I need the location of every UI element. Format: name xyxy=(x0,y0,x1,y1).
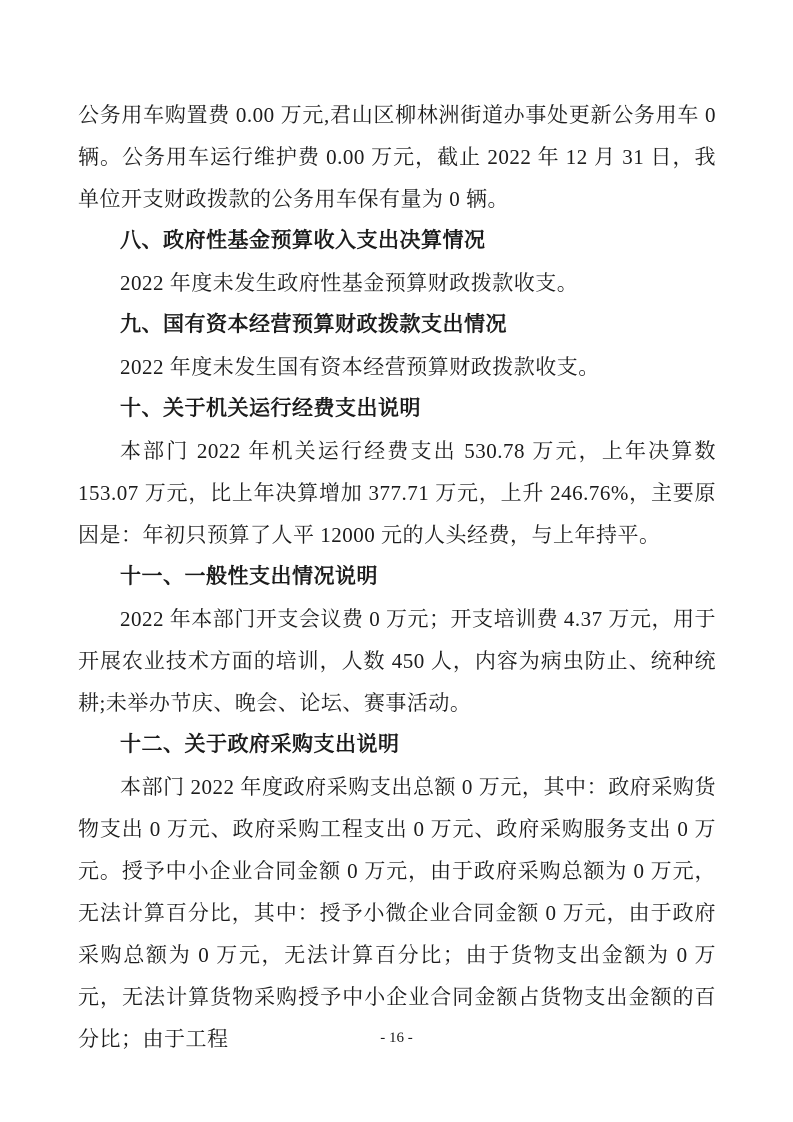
section-heading-10-agency-operating-expense: 十、关于机关运行经费支出说明 xyxy=(78,388,716,430)
document-body: 公务用车购置费 0.00 万元,君山区柳林洲街道办事处更新公务用车 0 辆。公务… xyxy=(78,94,716,1060)
paragraph-state-capital-statement: 2022 年度未发生国有资本经营预算财政拨款收支。 xyxy=(78,346,716,388)
section-heading-8-government-funds-budget: 八、政府性基金预算收入支出决算情况 xyxy=(78,220,716,262)
page-number: - 16 - xyxy=(0,1030,793,1047)
section-heading-9-state-capital-budget: 九、国有资本经营预算财政拨款支出情况 xyxy=(78,304,716,346)
paragraph-government-funds-statement: 2022 年度未发生政府性基金预算财政拨款收支。 xyxy=(78,262,716,304)
paragraph-general-expense-detail: 2022 年本部门开支会议费 0 万元；开支培训费 4.37 万元，用于开展农业… xyxy=(78,598,716,724)
document-page: 公务用车购置费 0.00 万元,君山区柳林洲街道办事处更新公务用车 0 辆。公务… xyxy=(0,0,793,1122)
paragraph-government-procurement-detail: 本部门 2022 年度政府采购支出总额 0 万元，其中：政府采购货物支出 0 万… xyxy=(78,766,716,1060)
section-heading-12-government-procurement: 十二、关于政府采购支出说明 xyxy=(78,724,716,766)
paragraph-agency-operating-expense-detail: 本部门 2022 年机关运行经费支出 530.78 万元，上年决算数 153.0… xyxy=(78,430,716,556)
paragraph-vehicle-expense-continuation: 公务用车购置费 0.00 万元,君山区柳林洲街道办事处更新公务用车 0 辆。公务… xyxy=(78,94,716,220)
section-heading-11-general-expense: 十一、一般性支出情况说明 xyxy=(78,556,716,598)
